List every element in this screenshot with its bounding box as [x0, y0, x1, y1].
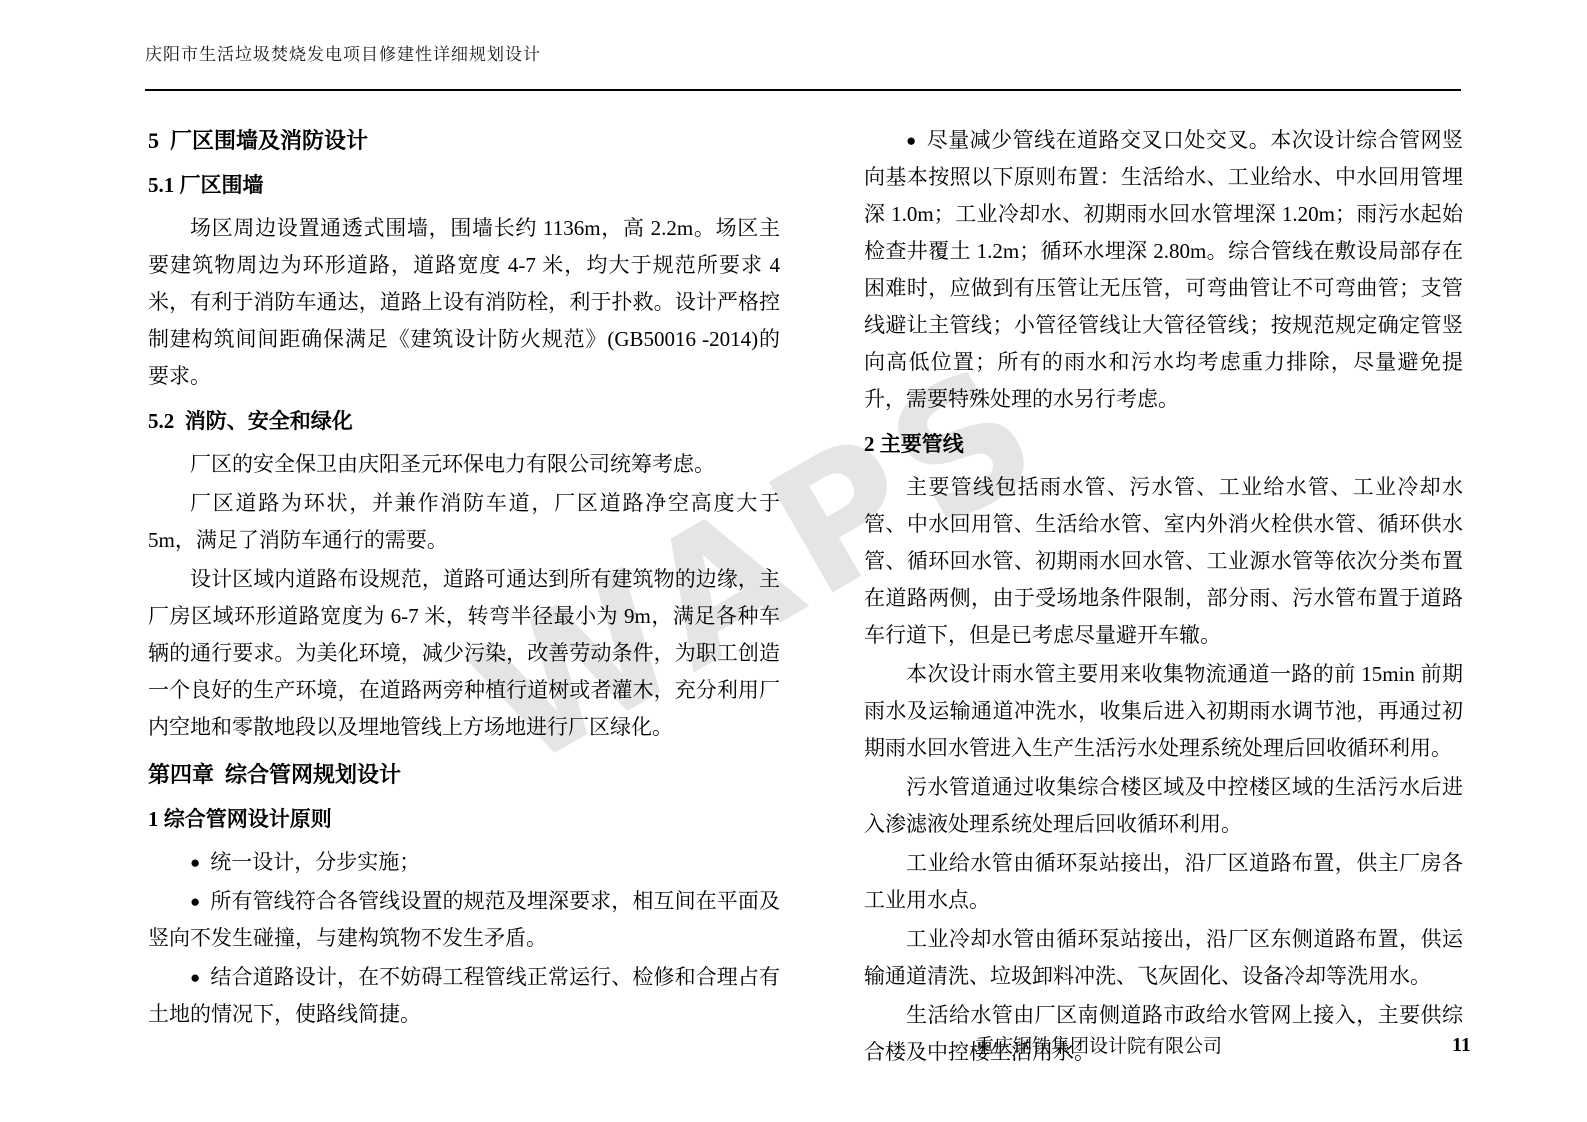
- document-body: 5 厂区围墙及消防设计 5.1 厂区围墙 场区周边设置通透式围墙，围墙长约 11…: [148, 116, 1463, 1073]
- page-header-title: 庆阳市生活垃圾焚烧发电项目修建性详细规划设计: [145, 42, 541, 68]
- paragraph: 污水管道通过收集综合楼区域及中控楼区域的生活污水后进入渗滤液处理系统处理后回收循…: [864, 769, 1463, 843]
- right-column: ●尽量减少管线在道路交叉口处交叉。本次设计综合管网竖向基本按照以下原则布置：生活…: [864, 116, 1463, 1073]
- paragraph: 工业给水管由循环泵站接出，沿厂区道路布置，供主厂房各工业用水点。: [864, 845, 1463, 919]
- paragraph: 工业冷却水管由循环泵站接出，沿厂区东侧道路布置，供运输通道清洗、垃圾卸料冲洗、飞…: [864, 921, 1463, 995]
- paragraph: 设计区域内道路布设规范，道路可通达到所有建筑物的边缘，主厂房区域环形道路宽度为 …: [148, 561, 780, 746]
- bullet-icon: ●: [190, 853, 200, 872]
- section-heading: 5 厂区围墙及消防设计: [148, 122, 780, 159]
- paragraph: 厂区的安全保卫由庆阳圣元环保电力有限公司统筹考虑。: [148, 446, 780, 483]
- chapter-heading: 第四章 综合管网规划设计: [148, 756, 780, 793]
- paragraph: 本次设计雨水管主要用来收集物流通道一路的前 15min 前期雨水及运输通道冲洗水…: [864, 656, 1463, 767]
- bullet-icon: ●: [190, 968, 200, 987]
- paragraph: 场区周边设置通透式围墙，围墙长约 1136m，高 2.2m。场区主要建筑物周边为…: [148, 210, 780, 395]
- bullet-item: ●结合道路设计，在不妨碍工程管线正常运行、检修和合理占有土地的情况下，使路线简捷…: [148, 959, 780, 1033]
- bullet-text: 尽量减少管线在道路交叉口处交叉。本次设计综合管网竖向基本按照以下原则布置：生活给…: [864, 128, 1463, 411]
- bullet-icon: ●: [906, 131, 917, 150]
- footer-company-name: 重庆钢铁集团设计院有限公司: [975, 1033, 1222, 1061]
- paragraph: 主要管线包括雨水管、污水管、工业给水管、工业冷却水管、中水回用管、生活给水管、室…: [864, 469, 1463, 654]
- subsection-heading: 1 综合管网设计原则: [148, 801, 780, 838]
- bullet-text: 结合道路设计，在不妨碍工程管线正常运行、检修和合理占有土地的情况下，使路线简捷。: [148, 965, 780, 1026]
- bullet-icon: ●: [190, 892, 200, 911]
- paragraph: 厂区道路为环状，并兼作消防车道，厂区道路净空高度大于 5m，满足了消防车通行的需…: [148, 485, 780, 559]
- bullet-text: 所有管线符合各管线设置的规范及埋深要求，相互间在平面及竖向不发生碰撞，与建构筑物…: [148, 889, 780, 950]
- subsection-heading: 2 主要管线: [864, 426, 1463, 463]
- header-divider: [145, 89, 1461, 91]
- subsection-heading: 5.2 消防、安全和绿化: [148, 403, 780, 440]
- bullet-text: 统一设计，分步实施；: [210, 850, 420, 874]
- bullet-item: ●统一设计，分步实施；: [148, 844, 780, 881]
- bullet-item: ●所有管线符合各管线设置的规范及埋深要求，相互间在平面及竖向不发生碰撞，与建构筑…: [148, 883, 780, 957]
- bullet-item: ●尽量减少管线在道路交叉口处交叉。本次设计综合管网竖向基本按照以下原则布置：生活…: [864, 122, 1463, 418]
- page-number: 11: [1452, 1031, 1471, 1059]
- left-column: 5 厂区围墙及消防设计 5.1 厂区围墙 场区周边设置通透式围墙，围墙长约 11…: [148, 116, 780, 1073]
- subsection-heading: 5.1 厂区围墙: [148, 167, 780, 204]
